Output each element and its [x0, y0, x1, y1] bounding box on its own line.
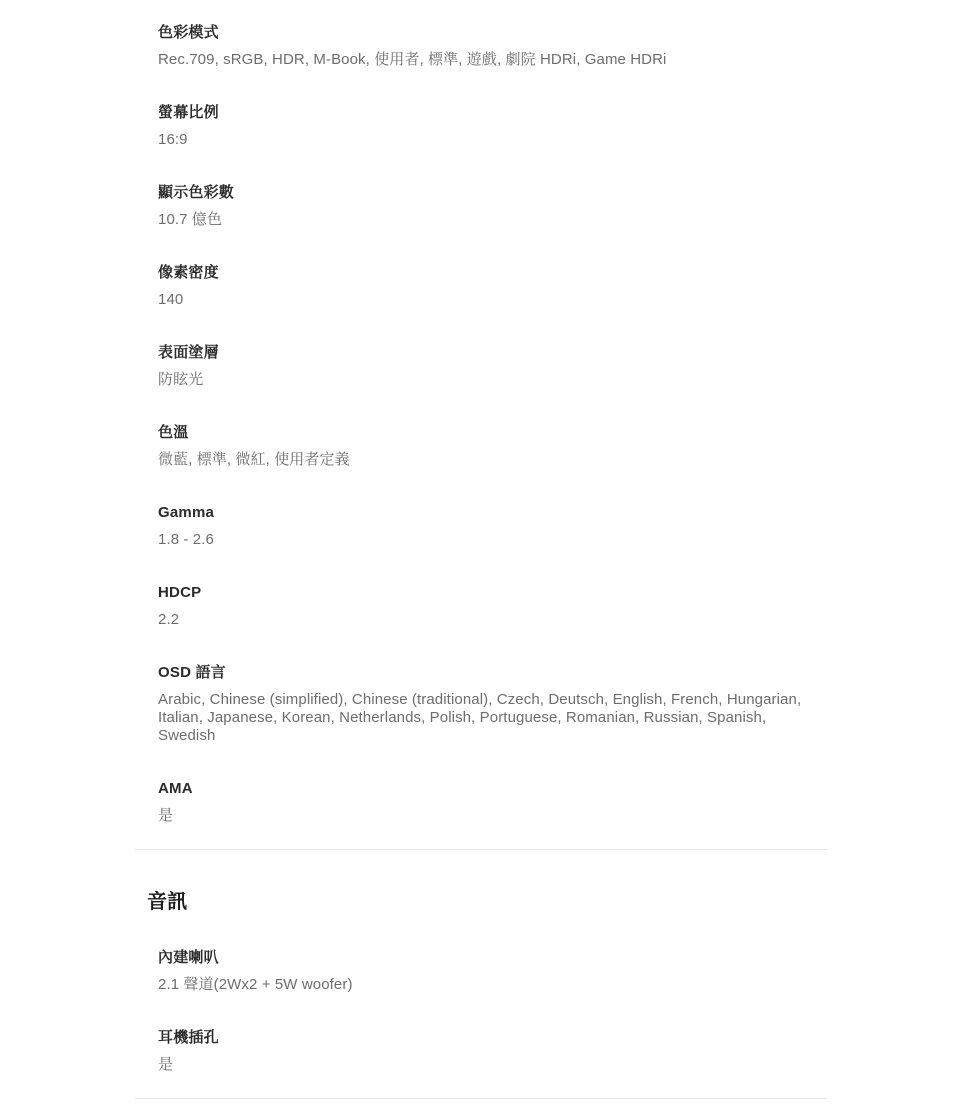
spec-item: 表面塗層 防眩光 [158, 343, 827, 389]
spec-item: 色溫 微藍, 標準, 微紅, 使用者定義 [158, 423, 827, 469]
spec-page: 色彩模式 Rec.709, sRGB, HDR, M-Book, 使用者, 標準… [0, 0, 960, 1114]
spec-item: 色彩模式 Rec.709, sRGB, HDR, M-Book, 使用者, 標準… [158, 23, 827, 69]
section-divider [135, 1098, 827, 1099]
spec-label: 顯示色彩數 [158, 183, 827, 203]
section-items: 內建喇叭 2.1 聲道(2Wx2 + 5W woofer) 耳機插孔 是 [135, 948, 827, 1074]
spec-item: 內建喇叭 2.1 聲道(2Wx2 + 5W woofer) [158, 948, 827, 994]
spec-value: Rec.709, sRGB, HDR, M-Book, 使用者, 標準, 遊戲,… [158, 51, 818, 69]
spec-label: Gamma [158, 503, 827, 523]
section-title: 音訊 [147, 890, 827, 914]
spec-label: 表面塗層 [158, 343, 827, 363]
spec-value: 防眩光 [158, 371, 818, 389]
spec-item: OSD 語言 Arabic, Chinese (simplified), Chi… [158, 663, 827, 745]
spec-label: 色彩模式 [158, 23, 827, 43]
spec-label: OSD 語言 [158, 663, 827, 683]
spec-label: AMA [158, 779, 827, 799]
spec-value: Arabic, Chinese (simplified), Chinese (t… [158, 691, 818, 745]
spec-item: AMA 是 [158, 779, 827, 825]
spec-label: 耳機插孔 [158, 1028, 827, 1048]
section-divider [135, 849, 827, 850]
spec-label: 內建喇叭 [158, 948, 827, 968]
spec-item: Gamma 1.8 - 2.6 [158, 503, 827, 549]
spec-value: 2.1 聲道(2Wx2 + 5W woofer) [158, 976, 818, 994]
spec-value: 16:9 [158, 131, 818, 149]
spec-list: 色彩模式 Rec.709, sRGB, HDR, M-Book, 使用者, 標準… [135, 0, 827, 1099]
section-items: 色彩模式 Rec.709, sRGB, HDR, M-Book, 使用者, 標準… [135, 23, 827, 825]
spec-value: 是 [158, 1056, 818, 1074]
spec-label: 色溫 [158, 423, 827, 443]
spec-value: 2.2 [158, 611, 818, 629]
spec-value: 140 [158, 291, 818, 309]
spec-item: 顯示色彩數 10.7 億色 [158, 183, 827, 229]
spec-item: HDCP 2.2 [158, 583, 827, 629]
spec-value: 1.8 - 2.6 [158, 531, 818, 549]
spec-section: 色彩模式 Rec.709, sRGB, HDR, M-Book, 使用者, 標準… [135, 23, 827, 850]
spec-label: 螢幕比例 [158, 103, 827, 123]
spec-item: 耳機插孔 是 [158, 1028, 827, 1074]
spec-item: 像素密度 140 [158, 263, 827, 309]
spec-section: 音訊 內建喇叭 2.1 聲道(2Wx2 + 5W woofer) 耳機插孔 是 [135, 890, 827, 1099]
spec-label: 像素密度 [158, 263, 827, 283]
spec-label: HDCP [158, 583, 827, 603]
spec-value: 微藍, 標準, 微紅, 使用者定義 [158, 451, 818, 469]
spec-value: 是 [158, 807, 818, 825]
spec-item: 螢幕比例 16:9 [158, 103, 827, 149]
spec-value: 10.7 億色 [158, 211, 818, 229]
